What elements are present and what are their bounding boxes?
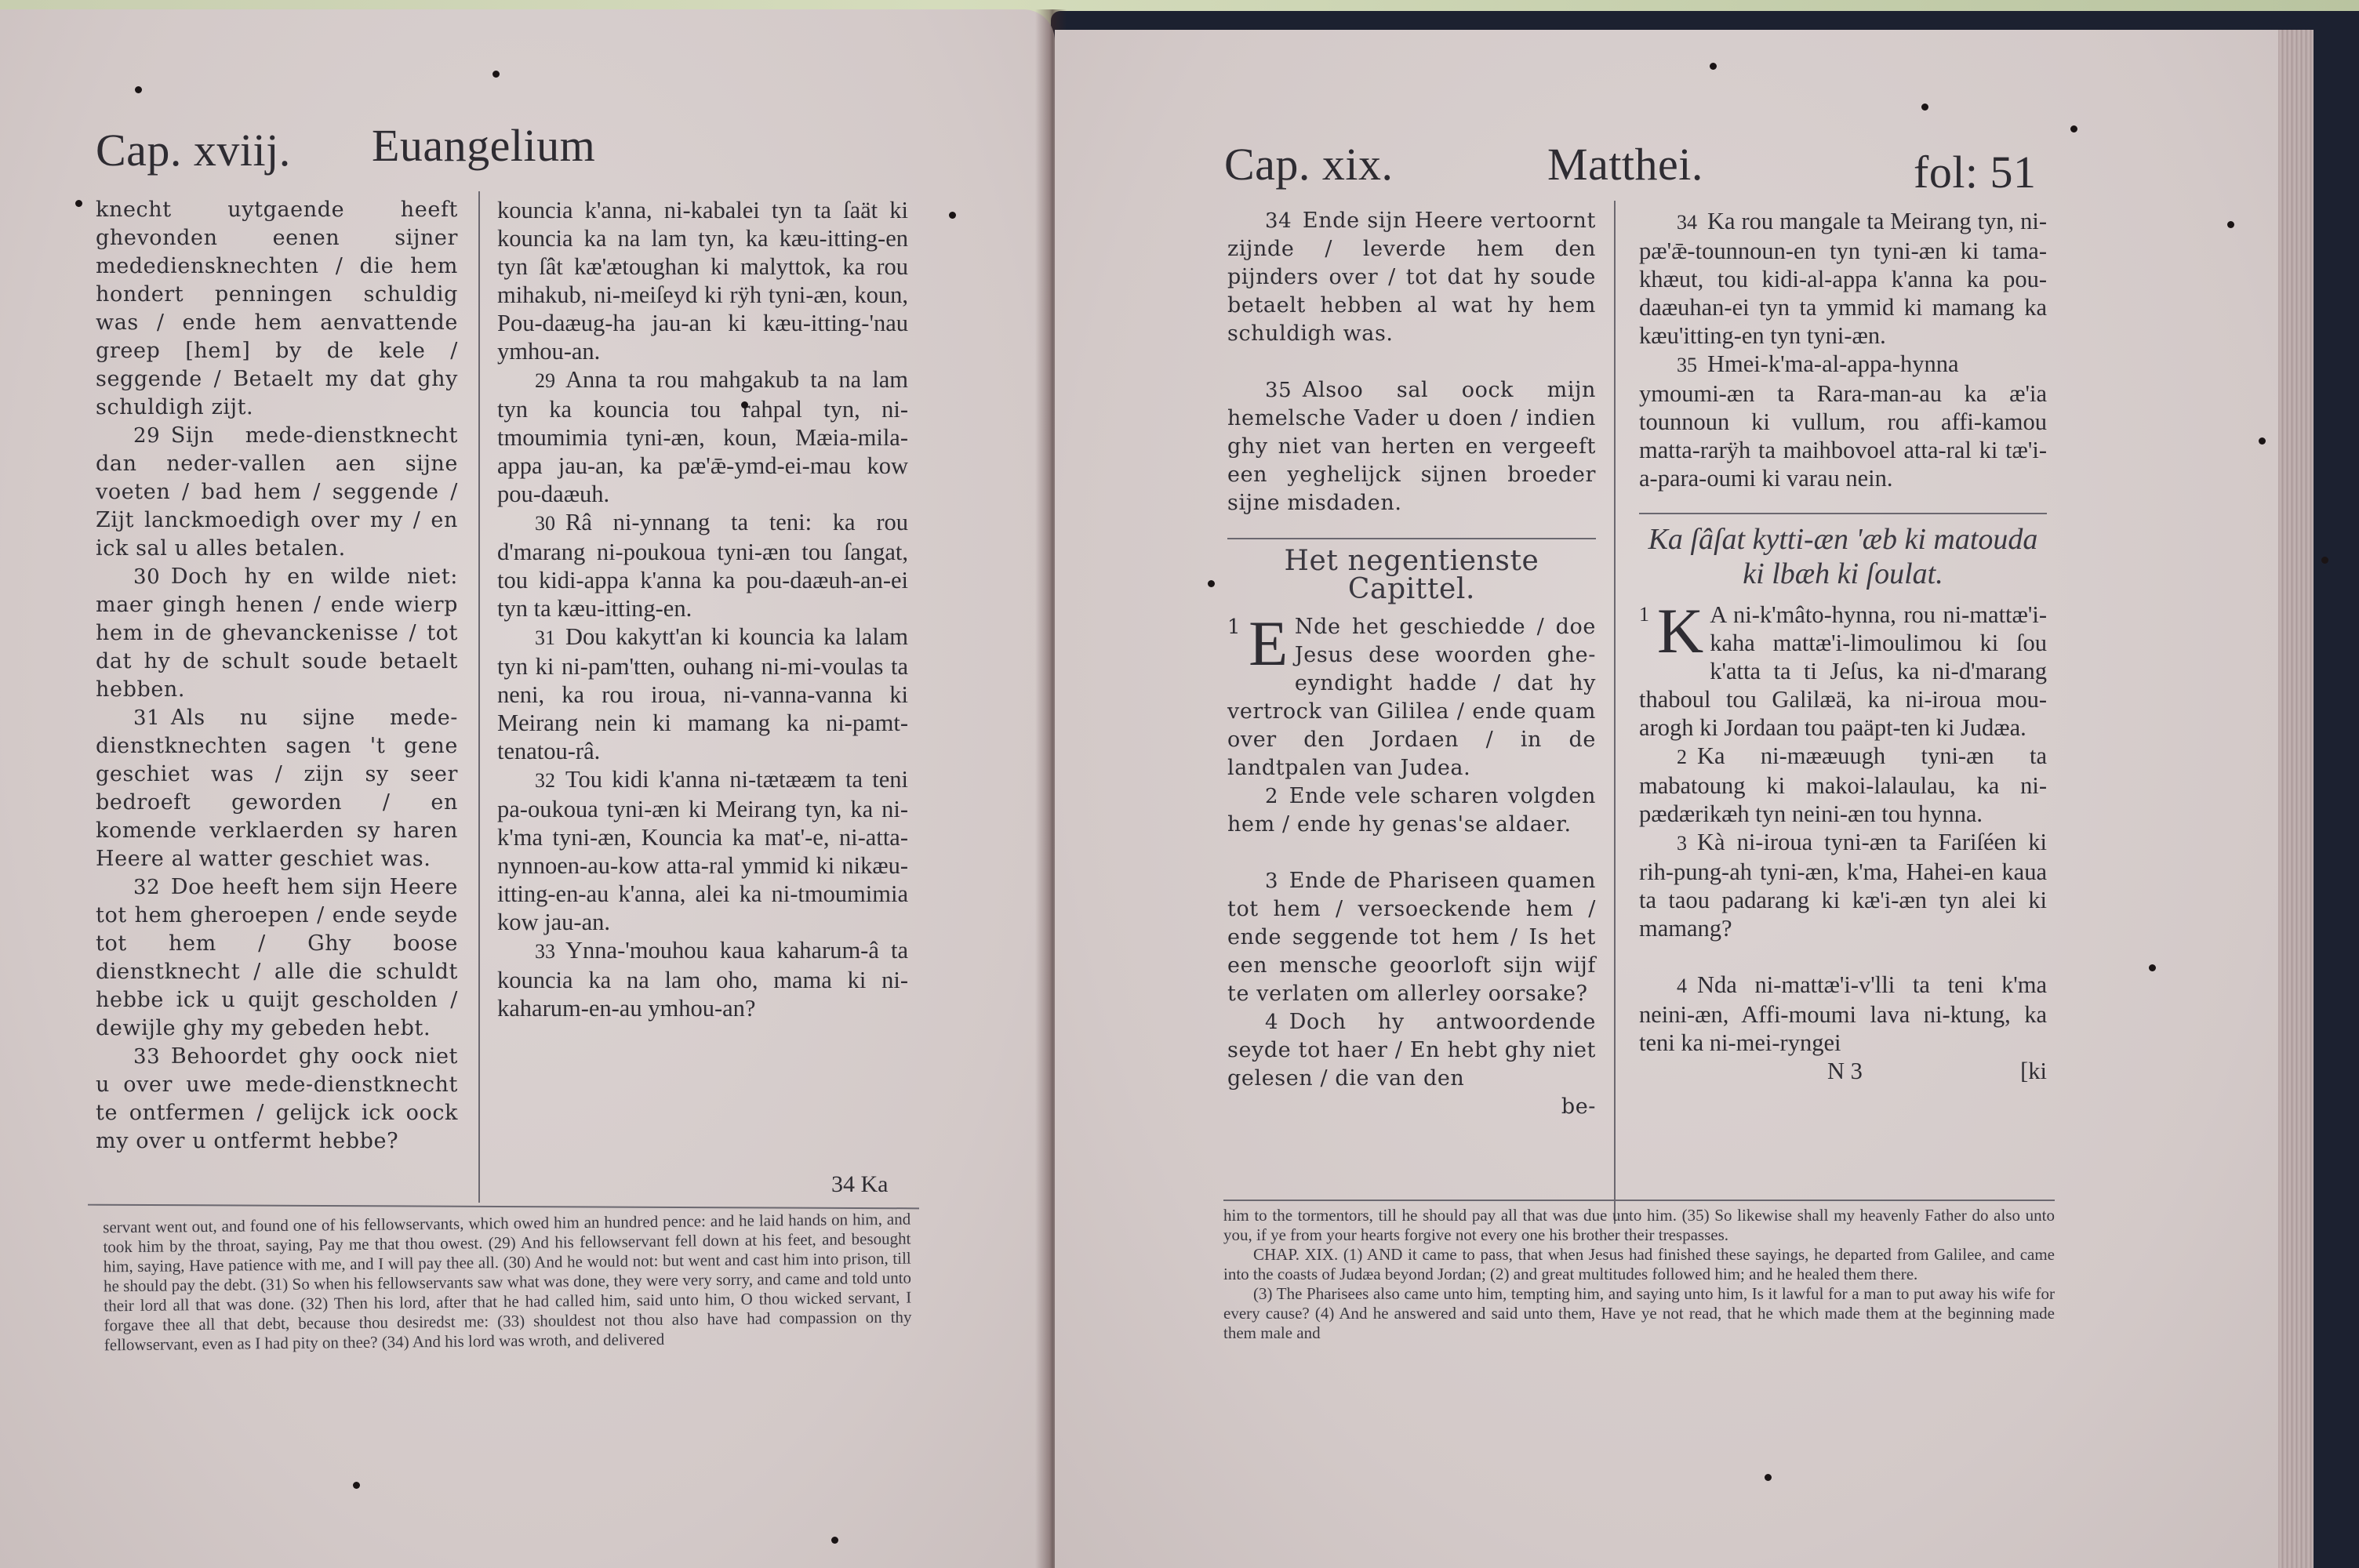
verse: 33 Behoordet ghy oock niet u over uwe me… — [96, 1043, 458, 1156]
english-footnote-left: servant went out, and found one of his f… — [103, 1210, 912, 1356]
verse: 3 Kà ni-iroua tyni-æn ta Fariſéen ki rih… — [1639, 828, 2047, 942]
speck — [75, 200, 82, 207]
speck — [1208, 580, 1215, 587]
verse-text: kouncia k'anna, ni-kabalei tyn ta ſaät k… — [497, 197, 908, 365]
continued-text: knecht uytgaende heeft ghevonden eenen s… — [96, 196, 458, 422]
drop-cap: E — [1249, 616, 1289, 671]
signature-mark: N 3 — [1827, 1057, 1863, 1085]
verse-number: 30 — [133, 565, 171, 589]
verse-number: 1 — [1227, 613, 1241, 641]
page-edges — [2278, 30, 2314, 1568]
verse: 35 Hmei-k'ma-al-appa-hynna ymoumi-æn ta … — [1639, 350, 2047, 492]
catchword: be- — [1227, 1093, 1596, 1121]
verse-number: 29 — [133, 424, 171, 448]
verse: 34 Ka rou mangale ta Meirang tyn, ni-pæ'… — [1639, 207, 2047, 350]
verse-number: 35 — [1265, 379, 1303, 402]
speck — [1765, 1474, 1772, 1481]
verse-number: 33 — [535, 940, 565, 963]
footnote-divider — [88, 1204, 919, 1210]
footnote-divider — [1223, 1200, 2055, 1201]
verse-text: Nda ni-mattæ'i-v'lli ta teni k'ma neini-… — [1639, 971, 2047, 1056]
verse: 4 Nda ni-mattæ'i-v'lli ta teni k'ma nein… — [1639, 971, 2047, 1057]
speck — [831, 1537, 838, 1544]
chapter-divider — [1639, 513, 2047, 514]
verse-number: 2 — [1677, 746, 1697, 768]
verse-text: knecht uytgaende heeft ghevonden eenen s… — [96, 198, 458, 419]
paragraph-gap — [1227, 348, 1596, 376]
verse-text: Kà ni-iroua tyni-æn ta Fariſéen ki rih-p… — [1639, 829, 2047, 942]
verse-number: 33 — [133, 1045, 171, 1069]
speck — [353, 1482, 360, 1489]
verse: 30 Doch hy en wilde niet: maer gingh hen… — [96, 563, 458, 704]
folio-number: fol: 51 — [1914, 146, 2037, 198]
verse: 29 Anna ta rou mahgakub ta na lam tyn ka… — [497, 365, 908, 508]
verse: 31 Als nu sijne mede-dienstknechten sage… — [96, 704, 458, 873]
continued-text: kouncia k'anna, ni-kabalei tyn ta ſaät k… — [497, 196, 908, 365]
drop-cap: K — [1657, 604, 1703, 659]
verse-number: 32 — [535, 769, 565, 792]
verse-number: 2 — [1265, 785, 1289, 808]
verse: 31 Dou kakytt'an ki kouncia ka lalam tyn… — [497, 622, 908, 765]
speck — [1710, 63, 1717, 70]
verse-number: 1 — [1639, 601, 1649, 629]
speck — [2321, 557, 2328, 564]
signature-line: N 3[ki — [1639, 1057, 2047, 1085]
verse-number: 31 — [535, 626, 565, 649]
speck — [2070, 125, 2077, 132]
verse-number: 34 — [1677, 211, 1707, 234]
verse-number: 34 — [1265, 209, 1303, 233]
verse-number: 35 — [1677, 354, 1707, 376]
formosan-column-left: kouncia k'anna, ni-kabalei tyn ta ſaät k… — [497, 196, 908, 1022]
catchword: [ki — [2020, 1057, 2047, 1085]
verse: 32 Doe heeft hem sijn Heere tot hem gher… — [96, 873, 458, 1043]
dutch-column-left: knecht uytgaende heeft ghevonden eenen s… — [96, 196, 458, 1156]
speck — [135, 86, 142, 93]
verse-text: Ka ni-mææuugh tyni-æn ta mabatoung ki ma… — [1639, 742, 2047, 827]
verse: 2 Ende vele scharen volgden hem / ende h… — [1227, 782, 1596, 839]
verse-text: Doe heeft hem sijn Heere tot hem gheroep… — [96, 875, 458, 1040]
paragraph-gap — [1227, 839, 1596, 867]
verse: 33 Ynna-'mouhou kaua kaharum-â ta kounci… — [497, 936, 908, 1022]
column-divider — [478, 191, 480, 1203]
speck — [949, 212, 956, 219]
speck — [2259, 437, 2266, 445]
left-page: Cap. xviij. Euangelium knecht uytgaende … — [0, 9, 1055, 1568]
catchword: 34 Ka — [831, 1171, 888, 1198]
footnote-paragraph: CHAP. XIX. (1) AND it came to pass, that… — [1223, 1245, 2055, 1284]
running-head-title: Matthei. — [1547, 138, 1703, 191]
speck — [741, 401, 748, 408]
formosan-column-right: 34 Ka rou mangale ta Meirang tyn, ni-pæ'… — [1639, 207, 2047, 1085]
running-head-title: Euangelium — [372, 119, 595, 172]
verse: 30 Râ ni-ynnang ta teni: ka rou d'marang… — [497, 508, 908, 622]
verse: 32 Tou kidi k'anna ni-tætææm ta teni pa-… — [497, 765, 908, 936]
verse-number: 31 — [133, 706, 171, 730]
verse: 29 Sijn mede-dienstknecht dan neder-vall… — [96, 422, 458, 563]
right-page: Cap. xix. Matthei. fol: 51 34 Ende sijn … — [1055, 30, 2295, 1568]
paragraph-gap — [1639, 942, 2047, 971]
chapter-title: Het negentienste Capittel. — [1227, 547, 1596, 604]
verse: 4 Doch hy antwoordende seyde tot haer / … — [1227, 1008, 1596, 1093]
verse-number: 4 — [1677, 975, 1697, 997]
verse-number: 3 — [1265, 869, 1289, 893]
english-footnote-right: him to the tormentors, till he should pa… — [1223, 1206, 2055, 1343]
verse-number: 3 — [1677, 832, 1697, 855]
speck — [2227, 221, 2234, 228]
verse-number: 32 — [133, 876, 171, 899]
verse-number: 30 — [535, 512, 565, 535]
verse: 1KA ni-k'mâto-hynna, rou ni-mattæ'i-kaha… — [1639, 601, 2047, 742]
verse-text: Als nu sijne mede-dienstknechten sagen '… — [96, 706, 458, 871]
column-divider — [1614, 201, 1616, 1224]
chapter-title: Ka ſâſat kytti-æn 'æb ki matouda ki lbæh… — [1639, 522, 2047, 591]
running-head-chapter: Cap. xix. — [1224, 138, 1394, 191]
speck — [1921, 103, 1928, 111]
verse: 35 Alsoo sal oock mijn hemelsche Vader u… — [1227, 376, 1596, 517]
verse: 1ENde het geschiedde / doe Jesus dese wo… — [1227, 613, 1596, 782]
chapter-divider — [1227, 538, 1596, 539]
running-head-chapter: Cap. xviij. — [96, 124, 291, 176]
dutch-column-right: 34 Ende sijn Heere vertoornt zijnde / le… — [1227, 207, 1596, 1121]
verse: 34 Ende sijn Heere vertoornt zijnde / le… — [1227, 207, 1596, 348]
speck — [2149, 964, 2156, 971]
footnote-paragraph: (3) The Pharisees also came unto him, te… — [1223, 1284, 2055, 1343]
verse: 3 Ende de Phariseen quamen tot hem / ver… — [1227, 867, 1596, 1008]
verse-number: 4 — [1265, 1011, 1289, 1034]
verse: 2 Ka ni-mææuugh tyni-æn ta mabatoung ki … — [1639, 742, 2047, 828]
speck — [493, 71, 500, 78]
verse-number: 29 — [535, 369, 565, 392]
footnote-paragraph: him to the tormentors, till he should pa… — [1223, 1206, 2055, 1245]
